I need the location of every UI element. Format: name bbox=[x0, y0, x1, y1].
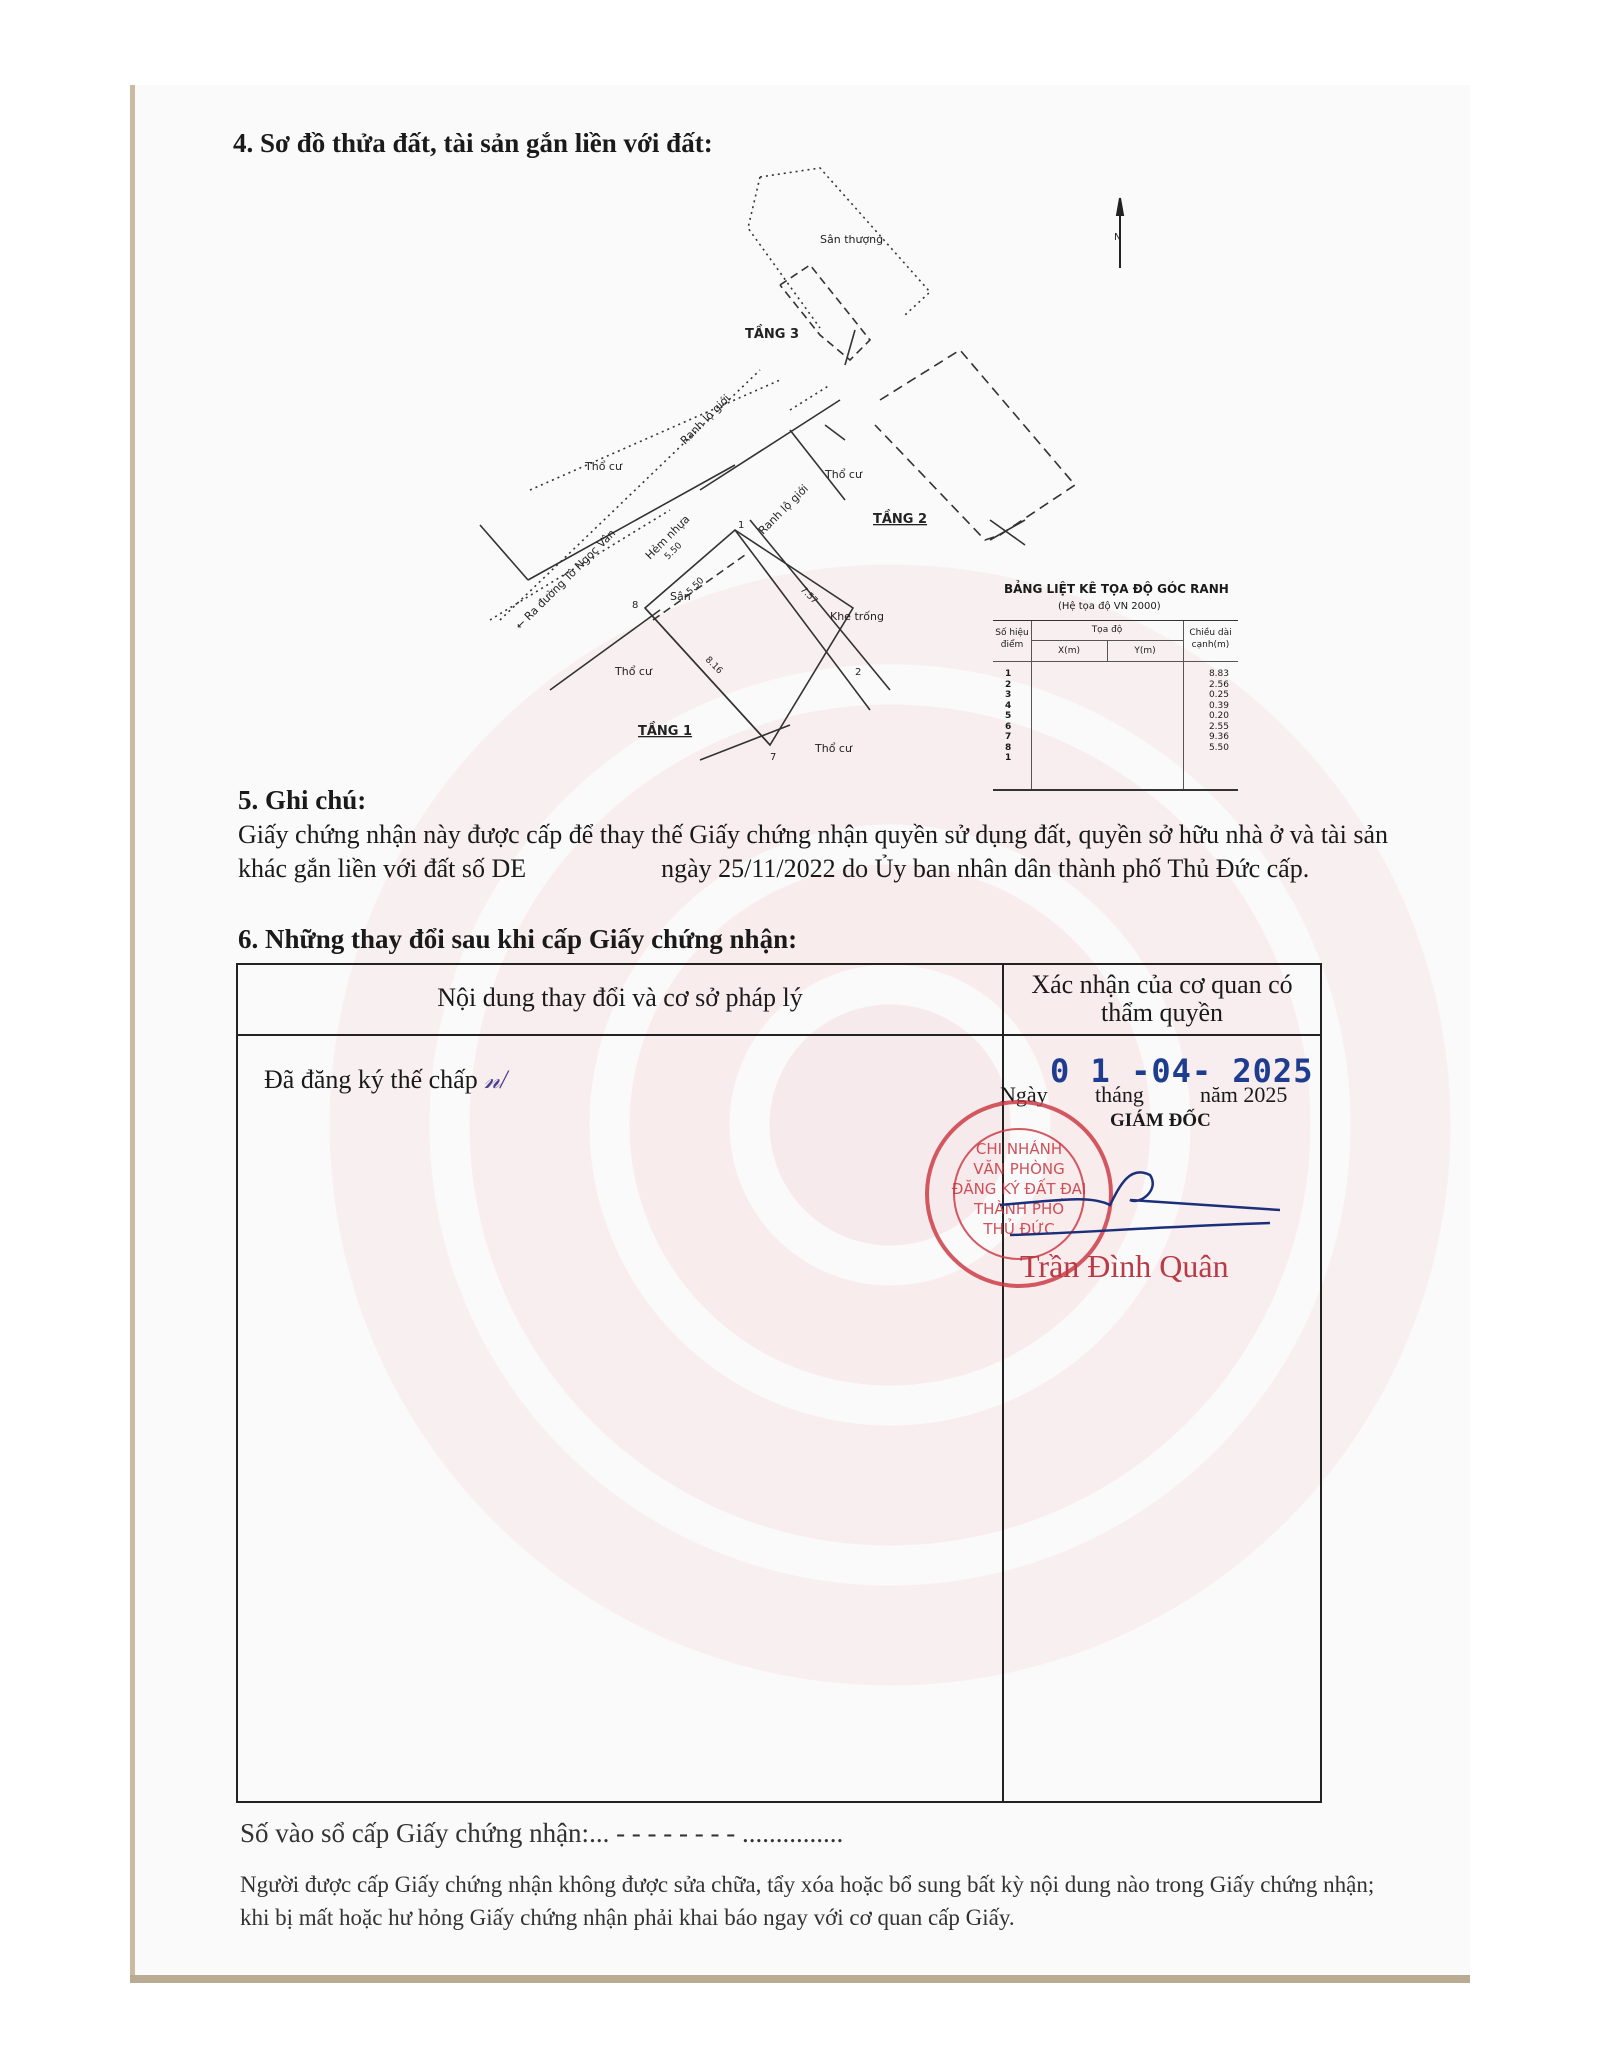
registry-label: Số vào sổ cấp Giấy chứng nhận: bbox=[240, 1818, 589, 1848]
change-content-text: Đã đăng ký thế chấp bbox=[264, 1065, 478, 1094]
point-numbers: 123456781 bbox=[1005, 669, 1011, 764]
signer-name: Trần Đình Quân bbox=[1020, 1248, 1229, 1285]
registry-value: ... - - - - - - - - ............... bbox=[589, 1818, 843, 1848]
warning-text: Người được cấp Giấy chứng nhận không đượ… bbox=[240, 1868, 1400, 1934]
edge-length: 5.50 bbox=[1189, 743, 1229, 754]
svg-text:8: 8 bbox=[632, 600, 638, 611]
initial-signature: 𝓃/ bbox=[484, 1065, 507, 1094]
point-number: 1 bbox=[1005, 669, 1011, 680]
residential-label-4: Thổ cư bbox=[814, 742, 853, 755]
svg-text:7.57: 7.57 bbox=[798, 585, 819, 606]
section-6-heading: 6. Những thay đổi sau khi cấp Giấy chứng… bbox=[238, 924, 797, 955]
registry-number-line: Số vào sổ cấp Giấy chứng nhận:... - - - … bbox=[240, 1818, 843, 1849]
svg-text:1: 1 bbox=[738, 520, 744, 531]
note-part-2: ngày 25/11/2022 do Ủy ban nhân dân thành… bbox=[661, 854, 1309, 883]
edge-length: 0.39 bbox=[1189, 701, 1229, 712]
point-number: 5 bbox=[1005, 711, 1011, 722]
point-number: 8 bbox=[1005, 743, 1011, 754]
section-5-heading: 5. Ghi chú: bbox=[238, 785, 366, 816]
header-length: Chiều dài cạnh(m) bbox=[1183, 627, 1238, 651]
change-content: Đã đăng ký thế chấp 𝓃/ bbox=[264, 1065, 507, 1096]
edge-length: 9.36 bbox=[1189, 732, 1229, 743]
point-number: 7 bbox=[1005, 732, 1011, 743]
point-number: 2 bbox=[1005, 680, 1011, 691]
signer-title: GIÁM ĐỐC bbox=[1110, 1110, 1211, 1132]
svg-text:N: N bbox=[1114, 232, 1121, 243]
coordinate-table-subtitle: (Hệ tọa độ VN 2000) bbox=[1058, 601, 1161, 612]
coordinate-table: Số hiệu điểm Tọa độ X(m) Y(m) Chiều dài … bbox=[993, 620, 1238, 791]
date-month-label: tháng bbox=[1095, 1082, 1144, 1108]
rooftop-label: Sân thượng bbox=[820, 233, 883, 246]
floor1-label: TẦNG 1 bbox=[638, 721, 692, 739]
section-4-heading: 4. Sơ đồ thửa đất, tài sản gắn liền với … bbox=[233, 128, 713, 159]
header-y: Y(m) bbox=[1107, 646, 1183, 656]
point-number: 3 bbox=[1005, 690, 1011, 701]
edge-length: 0.20 bbox=[1189, 711, 1229, 722]
residential-label-3: Thổ cư bbox=[614, 665, 653, 678]
date-year-label: năm 2025 bbox=[1200, 1082, 1287, 1108]
point-number: 4 bbox=[1005, 701, 1011, 712]
header-coords: Tọa độ bbox=[1031, 625, 1183, 635]
floor3-label: TẦNG 3 bbox=[745, 324, 799, 342]
point-number: 1 bbox=[1005, 753, 1011, 764]
coordinate-table-title: BẢNG LIỆT KÊ TỌA ĐỘ GÓC RANH bbox=[1004, 582, 1229, 596]
boundary-label-2: Ranh lộ giới bbox=[756, 482, 811, 537]
floor2-label: TẦNG 2 bbox=[873, 509, 927, 527]
signature bbox=[1000, 1155, 1280, 1245]
edge-length: 2.55 bbox=[1189, 722, 1229, 733]
svg-text:5.50: 5.50 bbox=[685, 576, 706, 597]
residential-label-2: Thổ cư bbox=[824, 468, 863, 481]
svg-text:2: 2 bbox=[855, 667, 861, 678]
boundary-label-1: Ranh lộ giới bbox=[678, 392, 733, 447]
north-arrow-icon: N bbox=[1114, 198, 1123, 268]
point-number: 6 bbox=[1005, 722, 1011, 733]
edge-lengths: 8.832.560.250.390.202.559.365.50 bbox=[1189, 669, 1229, 753]
page-edge-left bbox=[130, 85, 135, 1980]
header-point: Số hiệu điểm bbox=[993, 627, 1031, 651]
residential-label-1: Thổ cư bbox=[584, 460, 623, 473]
svg-text:7: 7 bbox=[770, 752, 776, 763]
column-header-confirmation: Xác nhận của cơ quan có thẩm quyền bbox=[1004, 971, 1320, 1027]
svg-text:8.16: 8.16 bbox=[703, 655, 724, 676]
edge-length: 8.83 bbox=[1189, 669, 1229, 680]
edge-length: 0.25 bbox=[1189, 690, 1229, 701]
edge-length: 2.56 bbox=[1189, 680, 1229, 691]
page-edge-bottom bbox=[130, 1975, 1470, 1983]
note-text: Giấy chứng nhận này được cấp để thay thế… bbox=[238, 818, 1388, 886]
header-x: X(m) bbox=[1031, 646, 1107, 656]
column-header-content: Nội dung thay đổi và cơ sở pháp lý bbox=[238, 983, 1002, 1013]
gap-label: Khe trống bbox=[830, 610, 884, 623]
